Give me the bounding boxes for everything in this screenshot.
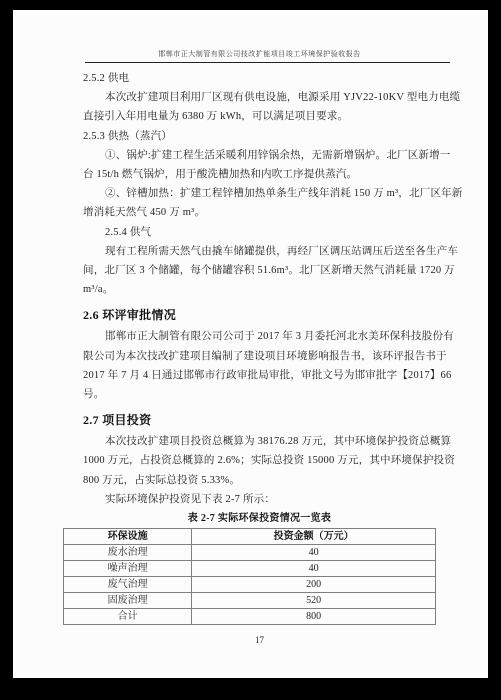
facility-cell: 噪声治理 xyxy=(64,561,192,577)
body-line: ②、锌槽加热：扩建工程锌槽加热单条生产线年消耗 150 万 m³，北厂区年新 xyxy=(83,184,436,203)
table-row: 废气治理 200 xyxy=(64,577,436,593)
body-line: 增消耗天然气 450 万 m³。 xyxy=(83,203,436,222)
running-header: 邯郸市正大制管有限公司技改扩能项目竣工环境保护验收报告 xyxy=(83,50,436,58)
table-header-row: 环保设施 投资金额（万元） xyxy=(64,529,436,545)
body-line: 本次改扩建项目利用厂区现有供电设施，电源采用 YJV22-10KV 型电力电缆 xyxy=(83,88,436,107)
amount-cell: 200 xyxy=(192,577,436,593)
subsection-heading: 2.5.4 供气 xyxy=(83,223,436,242)
section-heading-2-7: 2.7 项目投资 xyxy=(83,408,436,432)
body-line: 号。 xyxy=(83,385,436,404)
page-number: 17 xyxy=(83,634,436,646)
document-page: 邯郸市正大制管有限公司技改扩能项目竣工环境保护验收报告 2.5.2 供电 本次改… xyxy=(13,10,488,678)
table-row: 固废治理 520 xyxy=(64,593,436,609)
section-2-5-utilities: 2.5.2 供电 本次改扩建项目利用厂区现有供电设施，电源采用 YJV22-10… xyxy=(83,69,436,299)
amount-cell: 40 xyxy=(192,545,436,561)
table-row: 噪声治理 40 xyxy=(64,561,436,577)
facility-cell: 废水治理 xyxy=(64,545,192,561)
header-divider xyxy=(85,62,450,63)
body-line: 台 15t/h 燃气锅炉，用于酸洗槽加热和内吹工序提供蒸汽。 xyxy=(83,165,436,184)
table-row: 废水治理 40 xyxy=(64,545,436,561)
subsection-heading: 2.5.2 供电 xyxy=(83,69,436,88)
body-line: m³/a。 xyxy=(83,280,436,299)
table-caption: 表 2-7 实际环保投资情况一览表 xyxy=(83,511,436,527)
section-2-6-paragraph: 邯郸市正大制管有限公司公司于 2017 年 3 月委托河北水美环保科技股份有 限… xyxy=(83,327,436,404)
page-content: 邯郸市正大制管有限公司技改扩能项目竣工环境保护验收报告 2.5.2 供电 本次改… xyxy=(13,10,488,646)
body-line: 1000 万元，占投资总概算的 2.6%；实际总投资 15000 万元，其中环境… xyxy=(83,451,436,470)
investment-table: 环保设施 投资金额（万元） 废水治理 40 噪声治理 40 废气治理 200 xyxy=(63,528,436,625)
body-line: 2017 年 7 月 4 日通过邯郸市行政审批局审批，审批文号为邯审批字【201… xyxy=(83,366,436,385)
body-line: 现有工程所需天然气由撬车储罐提供，再经厂区调压站调压后送至各生产车 xyxy=(83,242,436,261)
column-header: 环保设施 xyxy=(64,529,192,545)
body-line: 800 万元，占实际总投资 5.33%。 xyxy=(83,471,436,490)
facility-cell: 合计 xyxy=(64,609,192,625)
column-header: 投资金额（万元） xyxy=(192,529,436,545)
table-total-row: 合计 800 xyxy=(64,609,436,625)
body-line: 直接引入年用电量为 6380 万 kWh，可以满足项目要求。 xyxy=(83,107,436,126)
facility-cell: 废气治理 xyxy=(64,577,192,593)
scanned-page-background: 邯郸市正大制管有限公司技改扩能项目竣工环境保护验收报告 2.5.2 供电 本次改… xyxy=(0,0,501,700)
body-line: 实际环境保护投资见下表 2-7 所示： xyxy=(83,490,436,509)
body-line: ①、锅炉:扩建工程生活采暖利用锌锅余热，无需新增锅炉。北厂区新增一 xyxy=(83,146,436,165)
body-line: 本次技改扩建项目投资总概算为 38176.28 万元，其中环境保护投资总概算 xyxy=(83,432,436,451)
section-heading-2-6: 2.6 环评审批情况 xyxy=(83,303,436,327)
body-line: 间，北厂区 3 个储罐，每个储罐容积 51.6m³。北厂区新增天然气消耗量 17… xyxy=(83,261,436,280)
facility-cell: 固废治理 xyxy=(64,593,192,609)
body-line: 限公司为本次技改扩建项目编制了建设项目环境影响报告书，该环评报告书于 xyxy=(83,347,436,366)
body-line: 邯郸市正大制管有限公司公司于 2017 年 3 月委托河北水美环保科技股份有 xyxy=(83,327,436,346)
amount-cell: 40 xyxy=(192,561,436,577)
amount-cell: 800 xyxy=(192,609,436,625)
amount-cell: 520 xyxy=(192,593,436,609)
section-2-7-paragraph: 本次技改扩建项目投资总概算为 38176.28 万元，其中环境保护投资总概算 1… xyxy=(83,432,436,509)
subsection-heading: 2.5.3 供热（蒸汽） xyxy=(83,127,436,146)
